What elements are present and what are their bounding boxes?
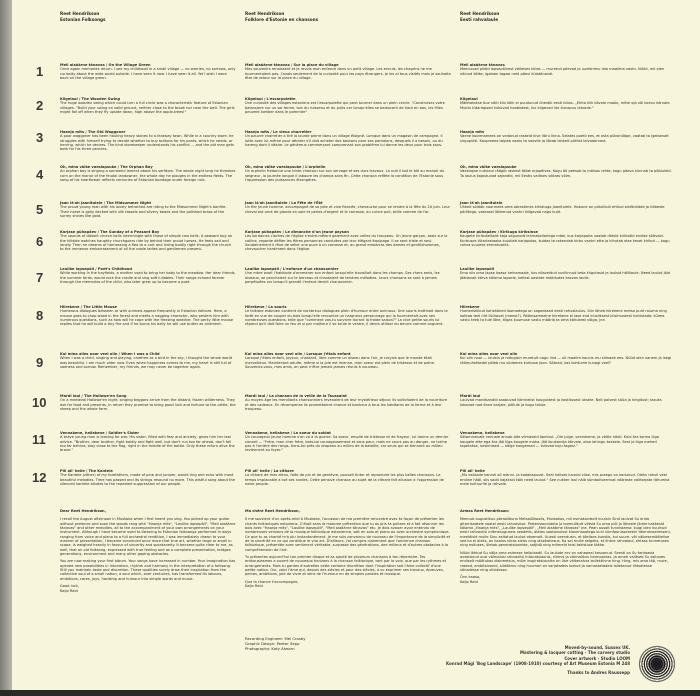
track-description: Une mère avait l'habitude d'emmener son … [245,271,440,284]
letter-signature: Kaljo Raid [60,589,236,593]
letter: Armas Reet Hendrikson:Meenub augustikuu … [460,509,672,584]
footer-line: Thanks to Andres Raussepp [380,670,630,675]
track-entry: Mardi laulLaulvad mardisandid saabuvad k… [460,394,672,407]
track-entry: Karjase pühapäev / The Sunday of a Peasa… [60,230,236,252]
track-entry: Vennakene, hellakeneSõtaminevale vennale… [460,431,672,448]
letter-salutation: Armas Reet Hendrikson: [460,509,672,513]
footer-credits: Moved-by-sound, Sussex UK. Mastering & l… [380,645,630,675]
track-description: On a medieval Hallowe'en night, singing … [60,398,236,411]
track-entry: Kui mina alles noor veel olin / Lorsque … [245,352,451,369]
track-description: While working in the hayfields, a mother… [60,271,236,284]
track-entry: Jaan lä'ah jaanitulele / La Fête de l'Ét… [245,201,451,214]
letter-paragraph: You are now making your first album. You… [60,559,236,581]
track-entry: Meil aiaäärne tänavas / Sur la place du … [245,63,451,80]
track-number: 8 [36,308,43,323]
french-header: Reet Hendrikson Folklore d'Estonie en ch… [245,11,318,23]
track-description: Sõtaminevale vennale annab õde viimaseid… [460,435,659,448]
track-description: The Kantele (zither) of my forefathers, … [60,473,235,486]
track-number: 1 [36,64,43,79]
track-description: Laulvad mardisandid saabuvad kõmnelist k… [460,398,662,406]
letter: Ma chère Reet Hendrikson,Il me souvient … [245,509,451,589]
track-entry: Kiigelaul / L'escarpoletteUne curiosité … [245,97,451,114]
track-description: Un courageux jeune homme s'en va à la gu… [245,435,448,452]
track-number: 12 [32,470,46,485]
track-number: 2 [36,98,43,113]
page-edge-shadow [0,0,12,696]
album-title: Folklore d'Estonie en chansons [245,17,318,23]
track-description: The proud young man with his lovely betr… [60,205,227,218]
track-description: Kui olin noor — laulsin ja mängisin mure… [460,356,671,364]
track-entry: Oh, mina väike vaeslapsukeVaeslapse nutu… [460,165,672,178]
track-description: The huge wooden swing which could turn a… [60,101,234,114]
track-entry: Hiirekene / La sourisLe folklore estonie… [245,305,451,327]
track-entry: Haanja mits / The Old WaggonerA poor wag… [60,130,236,152]
track-entry: Oh, mina väike vaeslapsuke / L'orphelinU… [245,165,451,182]
track-entry: Haanja mits / Le vieux charretierUn pauv… [245,130,451,147]
track-entry: Pill oli' helle / The KanteleThe Kantele… [60,469,236,486]
letter-paragraph: Tu présentes aujourd'hui ton premier dis… [245,555,451,577]
track-entry: Haanja mitsVaene koormamees on vedanud r… [460,130,672,143]
letter-signature: Kaljo Raid [245,584,451,588]
track-description: Humoristlikud kahekõned loomadega on sag… [460,309,667,322]
track-number: 6 [36,234,43,249]
track-entry: Pill oli' helle„Mu esiisade kannel oli m… [460,469,672,486]
footer-line: Konrad Mägi 'Bog Landscape' (1908-1910) … [380,661,630,666]
album-title: Eesti rahvalaule [460,17,499,23]
track-entry: Laulike lapsepõliEma viis oma lapse kaas… [460,267,672,280]
track-description: La cithare de mes aïeux, faite de pin et… [245,473,444,486]
track-entry: Karjase pühapäev / Le dimanche d'un jeun… [245,230,451,252]
track-description: Uhkelt sõidab noormees oma aõrastimes ki… [460,205,665,213]
track-description: Vaeslapse nutulaul räägib raskest tööst … [460,169,672,177]
track-entry: Vennakene, hellakene / Soldier's SisterA… [60,431,236,453]
page-bottom-edge [0,690,700,696]
letter-salutation: Dear Reet Hendrikson, [60,509,236,513]
track-description: Un pauvre charretier a tiré la lourde pi… [245,134,443,147]
track-entry: Meil aiaäärne tänavasMeenuvad pildid lap… [460,63,672,76]
track-description: Au moyen-âge les mendiants chansonniers … [245,398,447,411]
track-number: 5 [36,202,43,217]
track-entry: Meil aiaäärne tänavas / On the Village G… [60,63,236,80]
letter-signature: Kaljo Raid [460,580,672,584]
track-entry: Oh, mina väike vaeslapsuke / The Orphan … [60,165,236,182]
track-entry: Karjase pühapäev / Kirikuga kiriksinseKa… [460,230,672,247]
track-description: A poor waggoner has been hauling heavy s… [60,134,234,151]
track-entry: Mardi laul / La chanson de la veille de … [245,394,451,411]
track-description: Humorous dialogues between or with anima… [60,309,233,326]
track-description: Vaene koormamees on vedanud raskeid kive… [460,134,669,142]
track-entry: Pill oli' helle / La cithareLa cithare d… [245,469,451,486]
track-entry: Hiirekene / The Little MouseHumorous dia… [60,305,236,327]
track-number: 9 [36,355,43,370]
track-entry: Kui mina alles noor veel olin / When I w… [60,352,236,369]
track-description: Un fier jeune homme, accompagné de sa jo… [245,205,450,213]
track-number: 10 [32,395,46,410]
moire-logo-core [648,655,666,673]
track-number: 4 [36,167,43,182]
track-description: Une curiosité des villages estoniens est… [245,101,445,114]
track-entry: Mardi laul / The Hallowe'en SongOn a med… [60,394,236,411]
track-entry: Kui mina alles noor veel olinKui olin no… [460,352,672,365]
album-title: Estonian Folksongs [60,17,106,23]
letter-paragraph: Nüüd lähtud Su välja oma esimese helipla… [460,551,672,573]
english-header: Reet Hendrikson Estonian Folksongs [60,11,106,23]
track-description: Un orphelin fredonne une triste chanson … [245,169,444,182]
track-description: Mes souvenirs renaissent et je revois mo… [245,67,451,80]
track-description: Ema viis oma lapse kaasa heinamaale, kus… [460,271,670,279]
track-description: The sounds of distant church bells inter… [60,234,232,251]
track-description: Meenuvad pildid lapsepõlvest väikeses kü… [460,67,664,75]
track-entry: Kiigelaul / The Wooden SwingThe huge woo… [60,97,236,114]
track-description: A brave young man is leaving for war. Hi… [60,435,235,452]
track-description: Kaugete kirikukellade kaja segunedt lehm… [460,234,670,247]
track-entry: Jaan lä'ah jaanitulele / The Midsummer N… [60,201,236,218]
track-description: An orphan boy is singing a sorrowful lam… [60,169,235,182]
track-description: Les lointaines cloches de l'église s'ent… [245,234,447,251]
letter-paragraph: Meenub augustikuu pärastlõuna Metsaüliko… [460,517,672,547]
track-description: Once again memories return. I see my chi… [60,67,236,80]
letter-paragraph: Il me souvient d'un après-midi à Muskoka… [245,517,451,552]
track-number: 7 [36,270,43,285]
estonian-header: Reet Hendrikson Eesti rahvalaule [460,11,499,23]
track-description: When I was a child, singing and playing,… [60,356,232,369]
track-entry: Laulike lapsepõli / Poet's ChildhoodWhil… [60,267,236,284]
track-entry: Jaan lä'ah jaanituleleUhkelt sõidab noor… [460,201,672,214]
track-number: 11 [32,432,46,447]
track-description: Mäletatakse õue võiti kiiv kõik ei puudu… [460,101,671,109]
letter-paragraph: I recall the August afternoon in Muskoka… [60,517,236,556]
track-description: „Mu esiisade kannel oli männi- ja kadaka… [460,473,669,486]
track-entry: Laulike lapsepõli / L'enfance d'un chans… [245,267,451,284]
track-entry: HiirekeneHumoristlikud kahekõned loomade… [460,305,672,322]
track-entry: Vennakene, hellakene / La soeur du solda… [245,431,451,453]
letter: Dear Reet Hendrikson,I recall the August… [60,509,236,593]
letter-salutation: Ma chère Reet Hendrikson, [245,509,451,513]
track-number: 3 [36,130,43,145]
track-description: Lorsque j'étais enfant, joyeux, chantant… [245,356,435,369]
track-entry: KiigelaulMäletatakse õue võiti kiiv kõik… [460,97,672,110]
track-description: Le folklore estonien contient de nombreu… [245,309,448,326]
